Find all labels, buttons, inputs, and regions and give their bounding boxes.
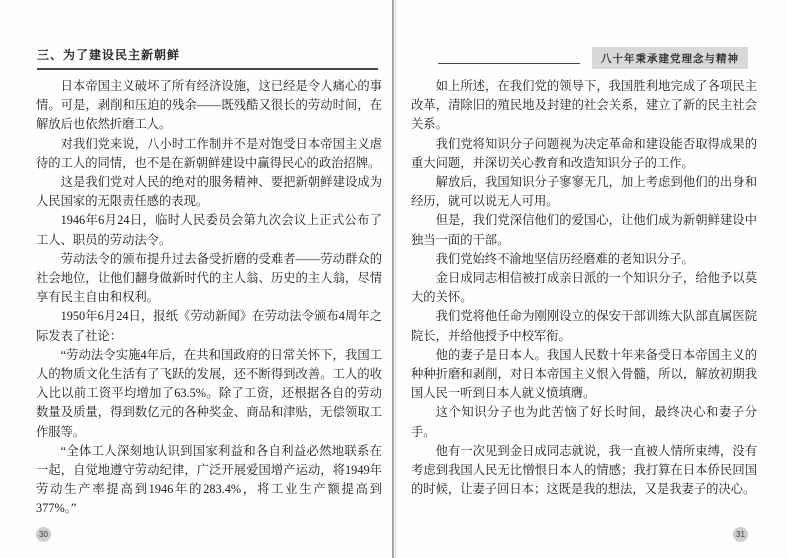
- paragraph: “劳动法令实施4年后，在共和国政府的日常关怀下，我国工人的物质文化生活有了飞跃的…: [36, 346, 382, 442]
- paragraph: 日本帝国主义破坏了所有经济设施，这已经是令人痛心的事情。可是，剥削和压迫的残余—…: [36, 77, 382, 135]
- paragraph: 1950年6月24日，报纸《劳动新闻》在劳动法令颁布4周年之际发表了社论：: [36, 307, 382, 345]
- paragraph: “全体工人深刻地认识到国家利益和各自利益必然地联系在一起，自觉地遵守劳动纪律，广…: [36, 442, 382, 519]
- chapter-running-head: 八十年秉承建党理念与精神: [438, 47, 748, 69]
- paragraph: 这是我们党对人民的绝对的服务精神、要把新朝鲜建设成为人民国家的无限责任感的表现。: [36, 173, 382, 211]
- page-spine-highlight: [395, 0, 396, 558]
- running-head-rule: [438, 47, 580, 64]
- paragraph: 我们党将他任命为刚刚设立的保安干部训练大队部直属医院院长，并给他授予中校军衔。: [411, 307, 757, 345]
- paragraph: 解放后，我国知识分子寥寥无几，加上考虑到他们的出身和经历，就可以说无人可用。: [411, 173, 757, 211]
- left-page-body: 日本帝国主义破坏了所有经济设施，这已经是令人痛心的事情。可是，剥削和压迫的残余—…: [36, 77, 382, 519]
- page-number-badge: 31: [733, 527, 748, 542]
- running-head-box: 八十年秉承建党理念与精神: [592, 47, 748, 69]
- right-page-body: 如上所述，在我们党的领导下，我国胜利地完成了各项民主改革，清除旧的殖民地及封建的…: [411, 77, 757, 499]
- book-spread: 三、为了建设民主新朝鲜 日本帝国主义破坏了所有经济设施，这已经是令人痛心的事情。…: [0, 0, 787, 558]
- paragraph: 我们党将知识分子问题视为决定革命和建设能否取得成果的重大问题，并深切关心教育和改…: [411, 135, 757, 173]
- paragraph: 劳动法令的颁布提升过去备受折磨的受难者——劳动群众的社会地位，让他们翻身做新时代…: [36, 250, 382, 308]
- paragraph: 金日成同志相信被打成亲日派的一个知识分子，给他予以莫大的关怀。: [411, 269, 757, 307]
- paragraph: 如上所述，在我们党的领导下，我国胜利地完成了各项民主改革，清除旧的殖民地及封建的…: [411, 77, 757, 135]
- paragraph: 这个知识分子也为此苦恼了好长时间，最终决心和妻子分手。: [411, 403, 757, 441]
- paragraph: 1946年6月24日，临时人民委员会第九次会议上正式公布了工人、职员的劳动法令。: [36, 211, 382, 249]
- paragraph: 对我们党来说，八小时工作制并不是对饱受日本帝国主义虐待的工人的同情，也不是在新朝…: [36, 135, 382, 173]
- page-number-badge: 30: [36, 527, 51, 542]
- page-spine-divider: [392, 0, 394, 558]
- paragraph: 他的妻子是日本人。我国人民数十年来备受日本帝国主义的种种折磨和剥削，对日本帝国主…: [411, 346, 757, 404]
- section-heading: 三、为了建设民主新朝鲜: [37, 46, 378, 70]
- paragraph: 他有一次见到金日成同志就说，我一直被人情所束缚，没有考虑到我国人民无比憎恨日本人…: [411, 442, 757, 500]
- paragraph: 但是，我们党深信他们的爱国心，让他们成为新朝鲜建设中独当一面的干部。: [411, 211, 757, 249]
- paragraph: 我们党始终不渝地坚信历经磨难的老知识分子。: [411, 250, 757, 269]
